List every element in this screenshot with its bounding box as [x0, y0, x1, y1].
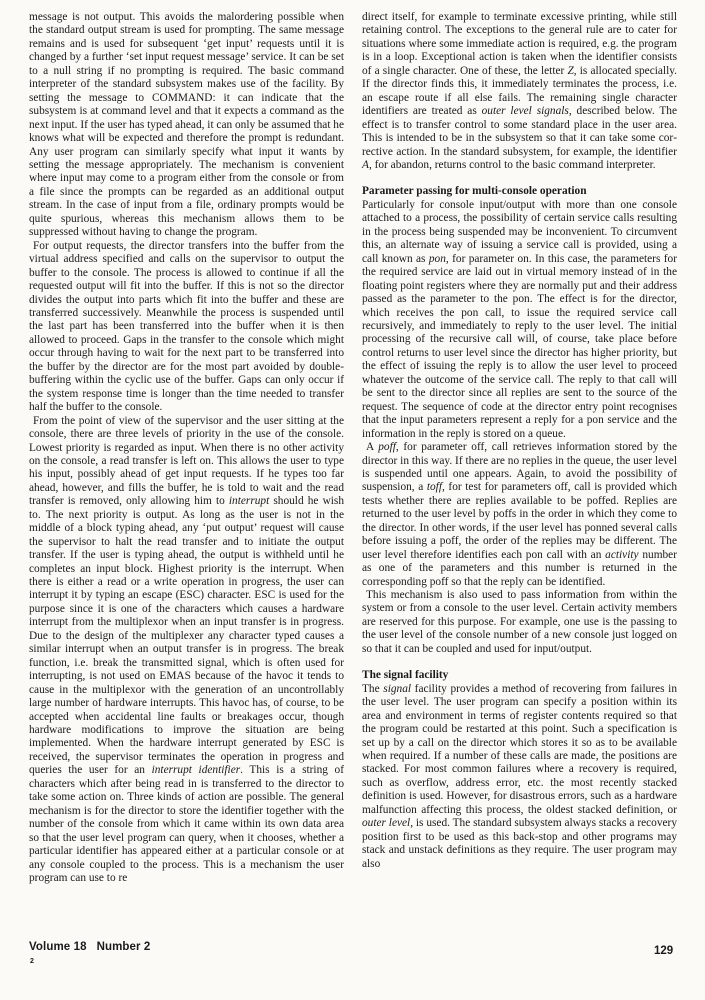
- right-column: direct itself, for example to terminate …: [362, 11, 677, 871]
- body-paragraph: A poff, for parameter off, call retrieve…: [362, 441, 677, 589]
- body-paragraph: message is not output. This avoids the m…: [29, 11, 344, 240]
- body-paragraph: The signal facility provides a method of…: [362, 683, 677, 871]
- section-heading: Parameter passing for multi-console oper…: [362, 185, 677, 198]
- footer-sub-mark: 2: [30, 958, 34, 965]
- italic-term: outer level: [362, 817, 410, 829]
- italic-term: signal: [383, 683, 411, 695]
- body-paragraph: Particularly for console input/output wi…: [362, 199, 677, 441]
- left-column: message is not output. This avoids the m…: [29, 11, 344, 885]
- italic-term: interrupt identifier: [152, 764, 241, 776]
- volume-label: Volume 18: [29, 941, 87, 953]
- journal-page: message is not output. This avoids the m…: [0, 0, 705, 1000]
- section-heading: The signal facility: [362, 669, 677, 682]
- journal-issue-footer: Volume 18Number 2: [29, 941, 150, 953]
- italic-term: pon: [429, 253, 446, 265]
- body-paragraph: This mechanism is also used to pass info…: [362, 589, 677, 656]
- italic-term: A: [362, 159, 369, 171]
- body-paragraph: direct itself, for example to terminate …: [362, 11, 677, 172]
- italic-term: poff: [378, 441, 396, 453]
- italic-term: toff: [427, 481, 442, 493]
- body-paragraph: From the point of view of the supervisor…: [29, 415, 344, 886]
- issue-number-label: Number 2: [97, 941, 151, 953]
- italic-term: outer level signals: [482, 105, 569, 117]
- page-number: 129: [654, 945, 673, 957]
- italic-term: interrupt: [229, 495, 269, 507]
- body-paragraph: For output requests, the director transf…: [29, 240, 344, 415]
- italic-term: activity: [605, 549, 638, 561]
- italic-term: Z: [567, 65, 573, 77]
